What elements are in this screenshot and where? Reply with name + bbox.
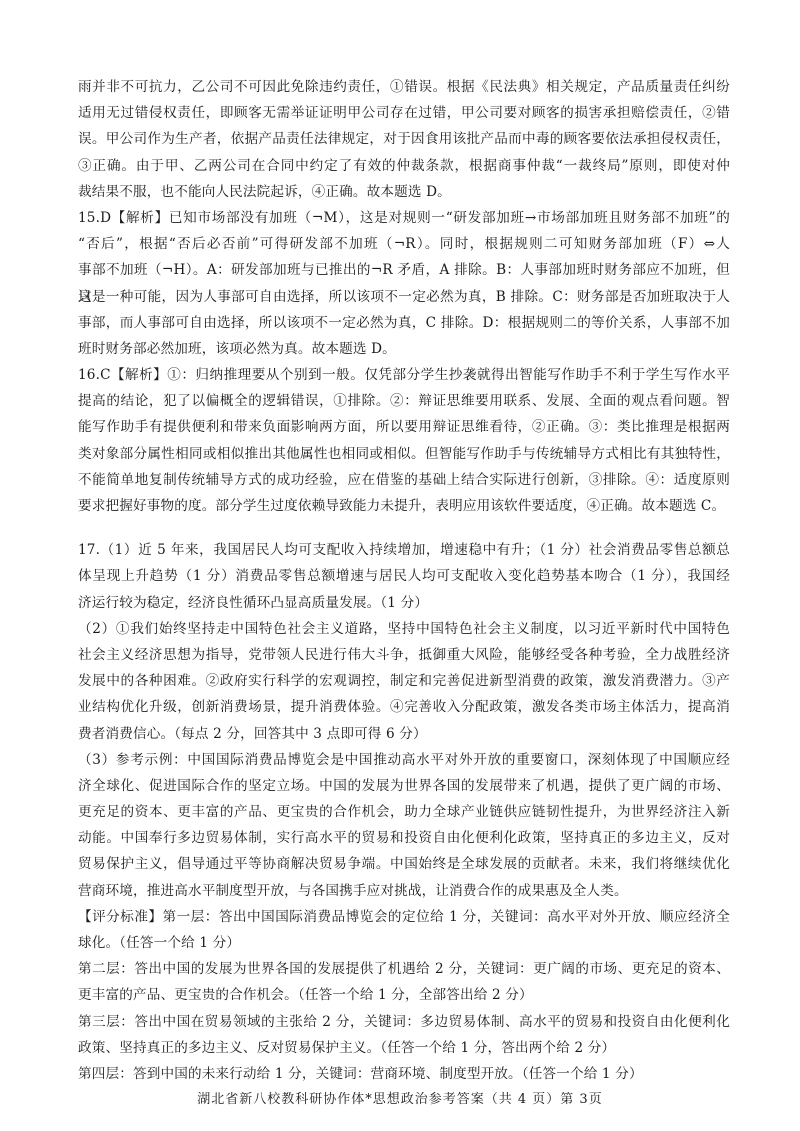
text-line: ③正确。由于甲、乙两公司在合同中约定了有效的仲裁条款，根据商事仲裁“一裁终局”原… [78, 153, 730, 179]
q14-continued-paragraph: 雨并非不可抗力，乙公司不可因此免除违约责任，①错误。根据《民法典》相关规定，产品… [78, 74, 730, 205]
text-line: 更丰富的产品、更宝贵的合作机会。（任答一个给 1 分，全部答出给 2 分） [78, 982, 730, 1008]
text-line: 16.C【解析】①：归纳推理要从个别到一般。仅凭部分学生抄袭就得出智能写作助手不… [78, 362, 730, 388]
scoring-criteria-paragraph: 【评分标准】第一层：答出中国国际消费品博览会的定位给 1 分，关键词：高水平对外… [78, 904, 730, 1087]
text-line: 15.D【解析】已知市场部没有加班（¬M），这是对规则一“研发部加班→市场部加班… [78, 205, 730, 231]
text-line: 发展中的各种困难。②政府实行科学的宏观调控，制定和完善促进新型消费的政策，激发消… [78, 668, 730, 694]
text-line: 政策、坚持真正的多边主义、反对贸易保护主义。（任答一个给 1 分，答出两个给 2… [78, 1035, 730, 1061]
text-line: 17.（1）近 5 年来，我国居民人均可支配收入持续增加，增速稳中有升；（1 分… [78, 537, 730, 563]
text-line: 体呈现上升趋势（1 分）消费品零售总额增速与居民人均可支配收入变化趋势基本吻合（… [78, 563, 730, 589]
text-line: 更充足的资本、更丰富的产品、更宝贵的合作机会，助力全球产业链供应链韧性提升，为世… [78, 799, 730, 825]
q15-answer-paragraph: 15.D【解析】已知市场部没有加班（¬M），这是对规则一“研发部加班→市场部加班… [78, 205, 730, 362]
text-line: 营商环境，推进高水平制度型开放，与各国携手应对挑战，让消费合作的成果惠及全人类。 [78, 878, 730, 904]
page-footer: 湖北省新八校教科研协作体*思想政治参考答案（共 4 页）第 3页 [0, 1088, 800, 1107]
text-line: 第三层：答出中国在贸易领域的主张给 2 分，关键词：多边贸易体制、高水平的贸易和… [78, 1009, 730, 1035]
text-line: 适用无过错侵权责任，即顾客无需举证证明甲公司存在过错，甲公司要对顾客的损害承担赔… [78, 100, 730, 126]
text-line: 【评分标准】第一层：答出中国国际消费品博览会的定位给 1 分，关键词：高水平对外… [78, 904, 730, 930]
text-line: 济运行较为稳定，经济良性循环凸显高质量发展。（1 分） [78, 590, 730, 616]
text-line: 误。甲公司作为生产者，依据产品责任法律规定，对于因食用该批产品而中毒的顾客要依法… [78, 126, 730, 152]
text-line: 班时财务部必然加班，该项必然为真。故本题选 D。 [78, 336, 730, 362]
text-line: 贸易保护主义，倡导通过平等协商解决贸易争端。中国始终是全球发展的贡献者。未来，我… [78, 851, 730, 877]
q17-part1-paragraph: 17.（1）近 5 年来，我国居民人均可支配收入持续增加，增速稳中有升；（1 分… [78, 537, 730, 616]
text-line: 动能。中国奉行多边贸易体制，实行高水平的贸易和投资自由化便利化政策，坚持真正的多… [78, 825, 730, 851]
text-line: 类对象部分属性相同或相似推出其他属性也相同或相似。但智能写作助手与传统辅导方式相… [78, 441, 730, 467]
text-line: 裁结果不服，也不能向人民法院起诉，④正确。故本题选 D。 [78, 179, 730, 205]
q16-answer-paragraph: 16.C【解析】①：归纳推理要从个别到一般。仅凭部分学生抄袭就得出智能写作助手不… [78, 362, 730, 519]
text-line: “否后”，根据“否后必否前”可得研发部不加班（¬R）。同时，根据规则二可知财务部… [78, 231, 730, 257]
text-line: 济全球化、促进国际合作的坚定立场。中国的发展为世界各国的发展带来了机遇，提供了更… [78, 773, 730, 799]
text-line: 第四层：答到中国的未来行动给 1 分，关键词：营商环境、制度型开放。（任答一个给… [78, 1061, 730, 1087]
text-line: 费者消费信心。（每点 2 分，回答其中 3 点即可得 6 分） [78, 721, 730, 747]
q17-part3-paragraph: （3）参考示例：中国国际消费品博览会是中国推动高水平对外开放的重要窗口，深刻体现… [78, 747, 730, 904]
text-line: 雨并非不可抗力，乙公司不可因此免除违约责任，①错误。根据《民法典》相关规定，产品… [78, 74, 730, 100]
text-line: 事部，而人事部可自由选择，所以该项不一定必然为真，C 排除。D：根据规则二的等价… [78, 310, 730, 336]
text-line: 社会主义经济思想为指导，党带领人民进行伟大斗争，抵御重大风险，能够经受各种考验，… [78, 642, 730, 668]
answer-key-page: 雨并非不可抗力，乙公司不可因此免除违约责任，①错误。根据《民法典》相关规定，产品… [78, 74, 730, 1087]
section-gap [78, 519, 730, 537]
text-line: 只是一种可能，因为人事部可自由选择，所以该项不一定必然为真，B 排除。C：财务部… [78, 284, 730, 310]
text-line: 第二层：答出中国的发展为世界各国的发展提供了机遇给 2 分，关键词：更广阔的市场… [78, 956, 730, 982]
text-line: 不能简单地复制传统辅导方式的成功经验，应在借鉴的基础上结合实际进行创新，③排除。… [78, 467, 730, 493]
text-line: （3）参考示例：中国国际消费品博览会是中国推动高水平对外开放的重要窗口，深刻体现… [78, 747, 730, 773]
text-line: 要求把握好事物的度。部分学生过度依赖导致能力未提升，表明应用该软件要适度，④正确… [78, 493, 730, 519]
text-line: 提高的结论，犯了以偏概全的逻辑错误，①排除。②：辩证思维要用联系、发展、全面的观… [78, 388, 730, 414]
q17-part2-paragraph: （2）①我们始终坚持走中国特色社会主义道路，坚持中国特色社会主义制度，以习近平新… [78, 616, 730, 747]
text-line: 能写作助手有提供便利和带来负面影响两方面，所以要用辩证思维看待，②正确。③：类比… [78, 414, 730, 440]
text-line: 球化。（任答一个给 1 分） [78, 930, 730, 956]
text-line: 事部不加班（¬H）。A：研发部加班与已推出的¬R 矛盾，A 排除。B：人事部加班… [78, 257, 730, 283]
text-line: 业结构优化升级，创新消费场景，提升消费体验。④完善收入分配政策，激发各类市场主体… [78, 694, 730, 720]
text-line: （2）①我们始终坚持走中国特色社会主义道路，坚持中国特色社会主义制度，以习近平新… [78, 616, 730, 642]
